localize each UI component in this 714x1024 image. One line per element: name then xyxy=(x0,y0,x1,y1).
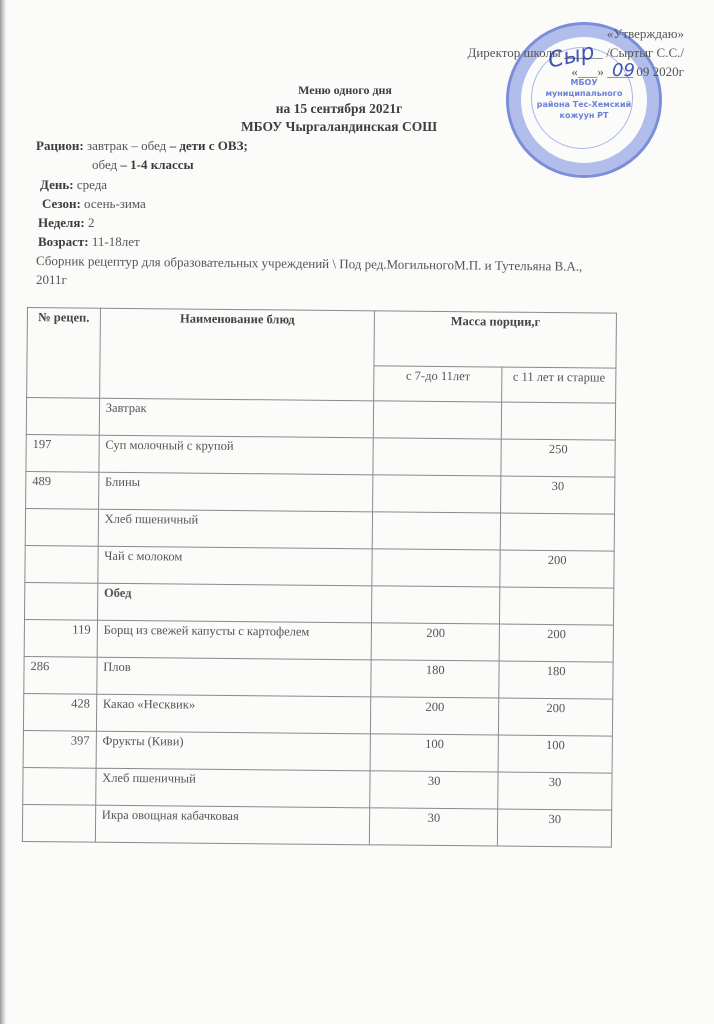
table-header-row: № рецеп. Наименование блюд Масса порции,… xyxy=(27,308,617,369)
recipe-number-cell: 197 xyxy=(26,434,99,472)
portion-7-11-cell: 200 xyxy=(371,697,499,735)
section-title-cell: Завтрак xyxy=(99,398,374,438)
day-line: День: среда xyxy=(40,175,107,194)
recipe-number-cell xyxy=(26,398,99,436)
portion-7-11-cell: 30 xyxy=(370,808,498,846)
recipe-source: Сборник рецептур для образовательных учр… xyxy=(36,251,696,277)
dish-name-cell: Хлеб пшеничный xyxy=(95,768,370,808)
table-row: Чай с молоком200 xyxy=(25,545,614,588)
portion-7-11-cell xyxy=(372,549,500,587)
recipe-number-cell xyxy=(25,508,98,546)
portion-11-plus-cell: 100 xyxy=(498,735,612,773)
portion-7-11-cell: 30 xyxy=(370,771,498,809)
recipe-number-cell xyxy=(25,545,98,583)
table-row: 197Суп молочный с крупой250 xyxy=(26,434,615,477)
portion-11-plus-cell: 200 xyxy=(499,698,613,736)
header-age-7-11: с 7-до 11лет xyxy=(374,366,502,402)
table-row: Хлеб пшеничный xyxy=(25,508,614,551)
recipe-number-cell: 119 xyxy=(24,619,97,657)
table-row: Икра овощная кабачковая3030 xyxy=(22,804,611,847)
portion-11-plus-cell: 200 xyxy=(500,550,614,588)
table-row: 489Блины30 xyxy=(26,471,615,514)
dish-name-cell: Фрукты (Киви) xyxy=(96,731,371,771)
portion-7-11-cell: 180 xyxy=(371,660,499,698)
dish-name-cell: Какао «Несквик» xyxy=(96,694,371,734)
dish-name-cell: Борщ из свежей капусты с картофелем xyxy=(97,620,372,660)
portion-11-plus-cell xyxy=(502,402,616,440)
header-portion-mass: Масса порции,г xyxy=(374,311,616,368)
portion-7-11-cell xyxy=(372,586,500,624)
document-title: Меню одного дня xyxy=(0,83,702,98)
director-line: Директор школы ______ /Сыртыг С.С./ xyxy=(404,43,684,62)
portion-7-11-cell xyxy=(373,475,501,513)
portion-11-plus-cell xyxy=(500,513,614,551)
recipe-number-cell: 489 xyxy=(26,471,99,509)
portion-11-plus-cell: 200 xyxy=(499,624,613,662)
header-dish-name: Наименование блюд xyxy=(99,308,374,401)
portion-7-11-cell: 100 xyxy=(370,734,498,772)
portion-11-plus-cell: 30 xyxy=(498,809,612,847)
scan-edge xyxy=(0,0,6,1024)
recipe-number-cell xyxy=(23,767,96,805)
section-title-cell: Обед xyxy=(97,583,372,623)
portion-11-plus-cell: 180 xyxy=(499,661,613,699)
table-row: 397Фрукты (Киви)100100 xyxy=(23,730,612,773)
table-section-row: Завтрак xyxy=(26,398,615,441)
dish-name-cell: Суп молочный с крупой xyxy=(99,435,374,475)
recipe-number-cell: 286 xyxy=(24,656,97,694)
document-date: на 15 сентября 2021г xyxy=(0,101,696,117)
table-row: 428Какао «Несквик»200200 xyxy=(23,693,612,736)
portion-7-11-cell: 200 xyxy=(371,623,499,661)
ration-line: Рацион: завтрак – обед – дети с ОВЗ; xyxy=(36,136,248,155)
dish-name-cell: Хлеб пшеничный xyxy=(98,509,373,549)
portion-11-plus-cell: 30 xyxy=(501,476,615,514)
dish-name-cell: Блины xyxy=(98,472,373,512)
age-line: Возраст: 11-18лет xyxy=(38,232,140,251)
week-line: Неделя: 2 xyxy=(38,213,94,232)
portion-11-plus-cell xyxy=(500,587,614,625)
dish-name-cell: Икра овощная кабачковая xyxy=(95,805,370,845)
portion-11-plus-cell: 30 xyxy=(498,772,612,810)
table-row: Хлеб пшеничный3030 xyxy=(23,767,612,810)
recipe-number-cell xyxy=(25,582,98,620)
portion-11-plus-cell: 250 xyxy=(501,439,615,477)
recipe-number-cell: 397 xyxy=(23,730,96,768)
table-row: 119Борщ из свежей капусты с картофелем20… xyxy=(24,619,613,662)
header-recipe-number: № рецеп. xyxy=(27,308,101,399)
approval-date: «___» ____ 09 2020г xyxy=(404,62,684,81)
approval-block: «Утверждаю» Директор школы ______ /Сырты… xyxy=(404,24,684,81)
portion-7-11-cell xyxy=(373,401,501,439)
recipe-source-year: 2011г xyxy=(36,270,67,289)
dish-name-cell: Чай с молоком xyxy=(98,546,373,586)
school-name: МБОУ Чыргаландинская СОШ xyxy=(0,119,696,135)
season-line: Сезон: осень-зима xyxy=(42,194,146,213)
ration-line-2: обед – 1-4 классы xyxy=(92,155,194,174)
recipe-number-cell xyxy=(22,804,95,842)
approval-label: «Утверждаю» xyxy=(404,24,684,43)
header-age-11-plus: с 11 лет и старше xyxy=(502,367,616,403)
menu-table: № рецеп. Наименование блюд Масса порции,… xyxy=(22,307,617,848)
table-section-row: Обед xyxy=(25,582,614,625)
portion-7-11-cell xyxy=(372,512,500,550)
handwritten-date: 09 xyxy=(612,60,635,81)
portion-7-11-cell xyxy=(373,438,501,476)
recipe-number-cell: 428 xyxy=(23,693,96,731)
dish-name-cell: Плов xyxy=(97,657,372,697)
table-row: 286Плов180180 xyxy=(24,656,613,699)
